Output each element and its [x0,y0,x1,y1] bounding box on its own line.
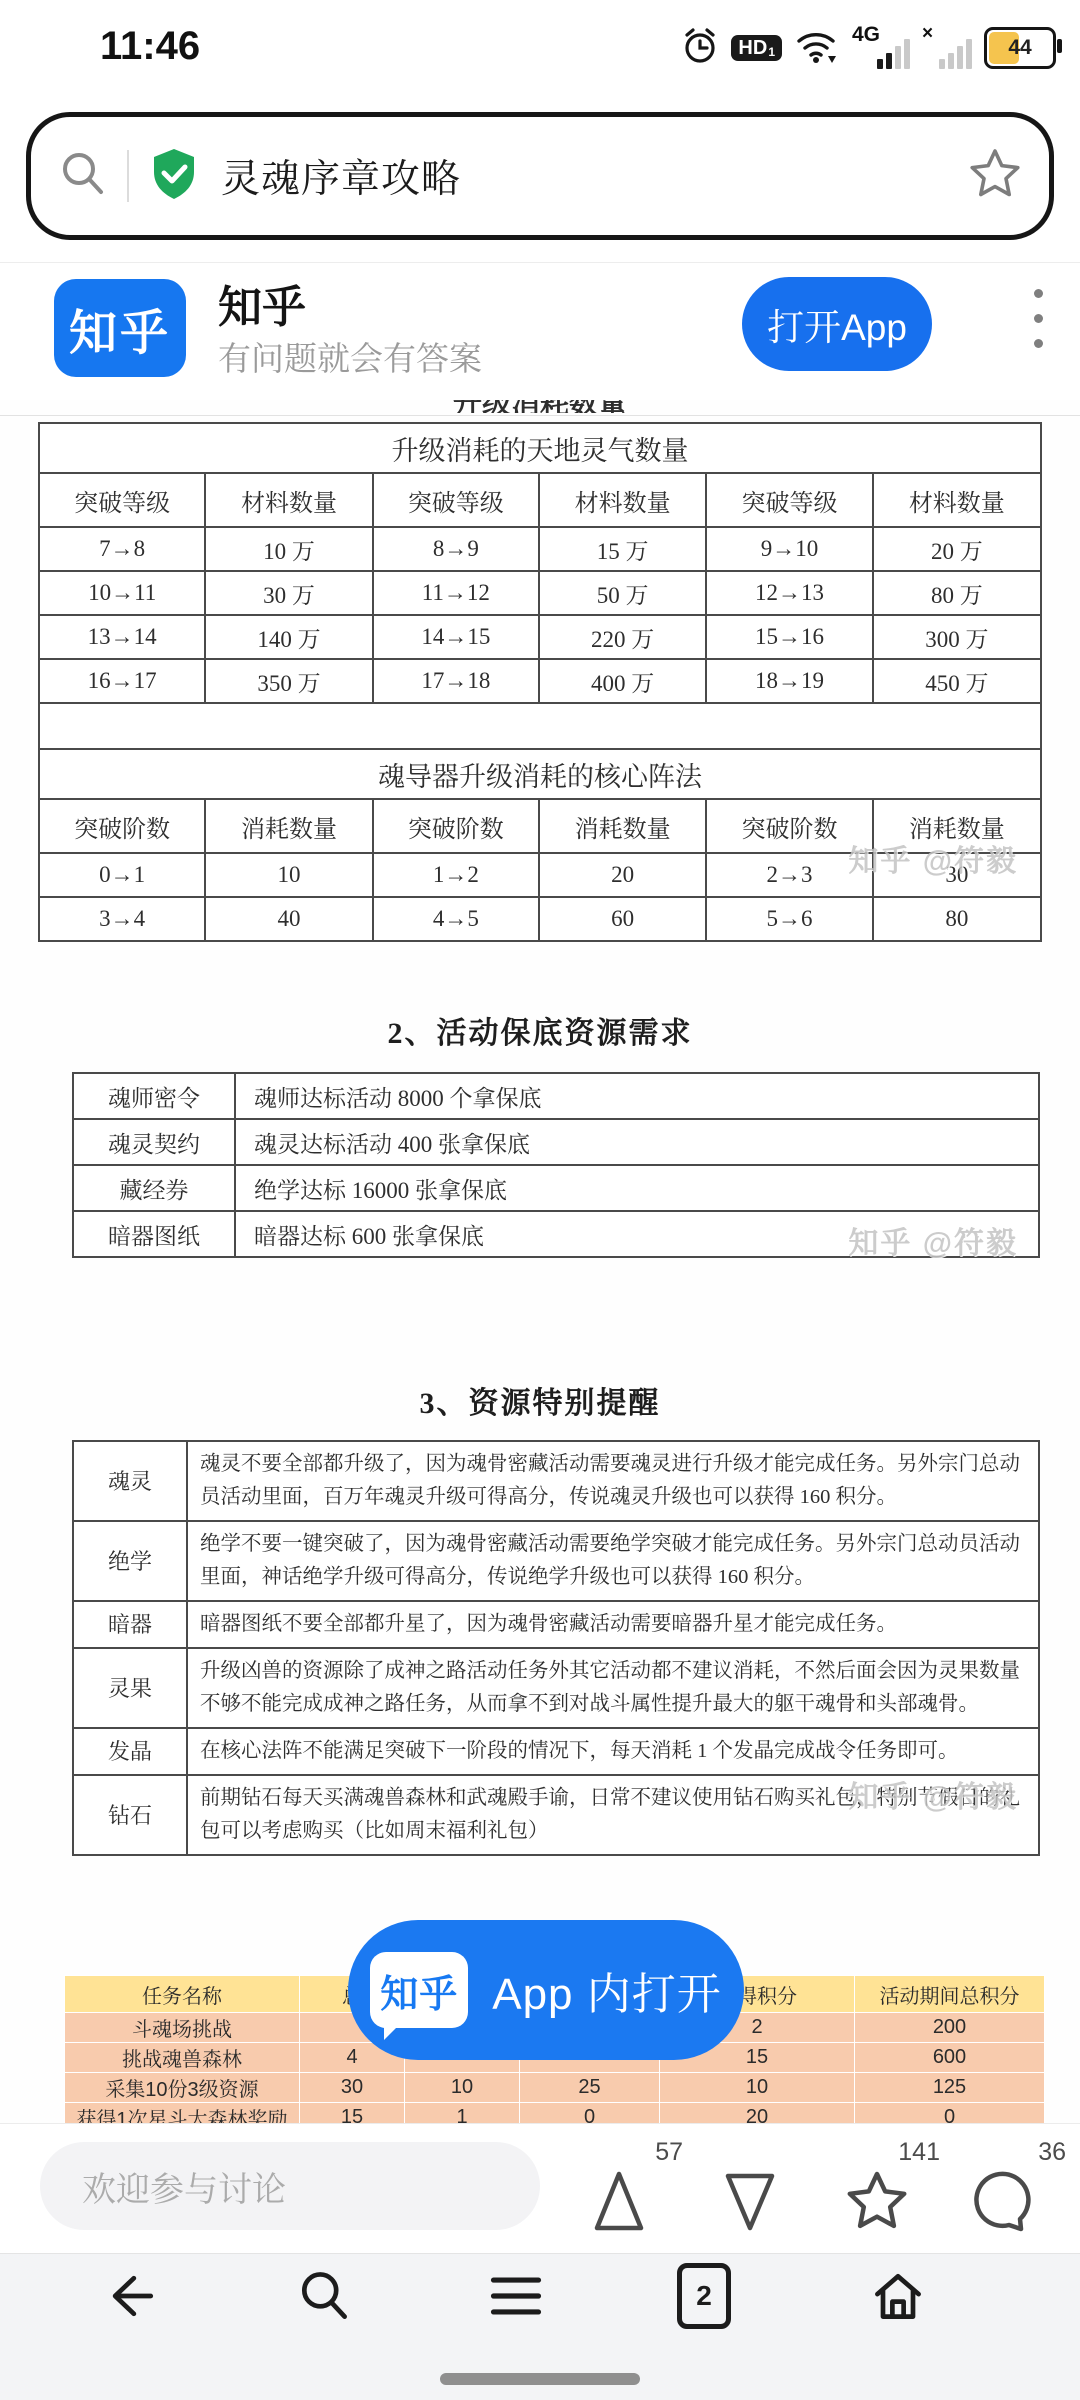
comment-button[interactable]: 36 [968,2138,1064,2242]
table-cell: 15→16 [706,615,872,659]
table-cell: 魂师密令 [73,1073,235,1119]
table-cell: 11→12 [373,571,539,615]
table-cell: 4→5 [373,897,539,941]
open-app-button[interactable]: 打开App [742,277,932,371]
volte-hd-icon: HD1 [731,35,782,61]
table-header-cell: 突破阶数 [373,799,539,853]
table-cell: 450 万 [873,659,1041,703]
table-header-cell: 消耗数量 [205,799,372,853]
table-cell: 钻石 [73,1775,187,1855]
sim1-4g-signal-icon: 4G [852,25,910,71]
table-cell: 魂师达标活动 8000 个拿保底 [235,1073,1039,1119]
table-cell: 400 万 [539,659,706,703]
table-cell: 魂灵达标活动 400 张拿保底 [235,1119,1039,1165]
divider [127,150,129,202]
table-header-cell: 突破等级 [706,473,872,527]
comment-input[interactable]: 欢迎参与讨论 [40,2142,540,2230]
table-cell: 0→1 [39,853,205,897]
table-cell: 暗器图纸不要全部都升星了，因为魂骨密藏活动需要暗器升星才能完成任务。 [187,1601,1039,1648]
table-header-cell: 突破阶数 [39,799,205,853]
table-cell: 采集10份3级资源 [65,2073,300,2103]
search-query[interactable]: 灵魂序章攻略 [221,148,461,204]
status-bar: 11:46 HD1 4G × 44 [0,0,1080,86]
table-cell: 16→17 [39,659,205,703]
table-row: 10→1130 万11→1250 万12→1380 万 [39,571,1041,615]
table-title: 升级消耗的天地灵气数量 [39,423,1041,473]
open-in-app-float-button[interactable]: 知乎 App 内打开 [348,1920,744,2060]
table-cell: 藏经券 [73,1165,235,1211]
comment-action-bar: 欢迎参与讨论 57 141 36 [0,2123,1080,2254]
section3-title: 3、资源特别提醒 [0,1378,1080,1422]
table-cell: 7→8 [39,527,205,571]
table-cell: 3→4 [39,897,205,941]
table-cell: 15 万 [539,527,706,571]
favorite-button[interactable]: 141 [842,2138,938,2242]
table-row: 3→4404→5605→680 [39,897,1041,941]
search-nav-button[interactable] [292,2264,356,2328]
table-cell: 9→10 [706,527,872,571]
table-cell: 1→2 [373,853,539,897]
table-cell: 绝学达标 16000 张拿保底 [235,1165,1039,1211]
table-row: 暗器暗器图纸不要全部都升星了，因为魂骨密藏活动需要暗器升星才能完成任务。 [73,1601,1039,1648]
tabs-button[interactable]: 2 [672,2264,736,2328]
zhihu-logo: 知乎 [54,279,186,377]
table-cell: 200 [855,2013,1045,2043]
table-header-cell: 突破等级 [373,473,539,527]
table-cell: 魂灵不要全部都升级了，因为魂骨密藏活动需要魂灵进行升级才能完成任务。另外宗门总动… [187,1441,1039,1521]
gesture-bar[interactable] [440,2373,640,2385]
search-icon [294,2266,354,2326]
table-cell: 5→6 [706,897,872,941]
menu-icon [486,2266,546,2326]
upvote-button[interactable]: 57 [585,2138,681,2242]
table-row: 灵果升级凶兽的资源除了成神之路活动任务外其它活动都不建议消耗，不然后面会因为灵果… [73,1648,1039,1728]
table-cell: 暗器图纸 [73,1211,235,1257]
upvote-count: 57 [655,2138,683,2167]
table-header-cell: 突破等级 [39,473,205,527]
table-cell: 12→13 [706,571,872,615]
upvote-icon [585,2166,653,2236]
watermark: 知乎 @符毅 [848,1218,1018,1262]
table-cell: 斗魂场挑战 [65,2013,300,2043]
table-cell: 10→11 [39,571,205,615]
table-cell: 40 [205,897,372,941]
table-header-cell: 任务名称 [65,1976,300,2013]
table-cell: 魂灵 [73,1441,187,1521]
favorite-count: 141 [898,2138,940,2167]
table-cell: 暗器 [73,1601,187,1648]
table-cell: 8→9 [373,527,539,571]
table-header-cell: 活动期间总积分 [855,1976,1045,2013]
table-cell: 绝学不要一键突破了，因为魂骨密藏活动需要绝学突破才能完成任务。另外宗门总动员活动… [187,1521,1039,1601]
table-cell: 300 万 [873,615,1041,659]
table-cell: 绝学 [73,1521,187,1601]
tab-count-box: 2 [677,2263,731,2329]
table-row: 13→14140 万14→15220 万15→16300 万 [39,615,1041,659]
table-cell: 挑战魂兽森林 [65,2043,300,2073]
phone-screen: 11:46 HD1 4G × 44 [0,0,1080,2400]
table-header-cell: 消耗数量 [539,799,706,853]
table-cell: 10 [405,2073,520,2103]
table-header-row: 突破等级材料数量突破等级材料数量突破等级材料数量 [39,473,1041,527]
table-cell: 30 [300,2073,405,2103]
downvote-button[interactable] [716,2138,786,2242]
downvote-icon [716,2166,784,2236]
comment-bubble-icon [968,2166,1036,2236]
zhihu-app-banner: 知乎 知乎 有问题就会有答案 打开App [0,262,1080,401]
back-button[interactable] [100,2264,164,2328]
divider [0,415,1080,416]
watermark: 知乎 @符毅 [848,836,1018,880]
table-cell: 20 万 [873,527,1041,571]
table-cell: 20 [539,853,706,897]
wifi-icon [794,26,840,71]
browser-search-bar[interactable]: 灵魂序章攻略 [26,112,1054,240]
clipped-heading: 升级消耗数量 [0,400,1080,413]
star-icon [842,2166,912,2236]
table-title-row: 魂导器升级消耗的核心阵法 [39,749,1041,799]
article-content: 升级消耗数量 升级消耗的天地灵气数量突破等级材料数量突破等级材料数量突破等级材料… [0,400,1080,2123]
table-cell: 80 万 [873,571,1041,615]
clock: 11:46 [100,24,200,69]
table-cell: 50 万 [539,571,706,615]
table-title-row: 升级消耗的天地灵气数量 [39,423,1041,473]
table-cell: 140 万 [205,615,372,659]
home-button[interactable] [866,2264,930,2328]
home-icon [868,2266,928,2326]
table-row: 魂灵契约魂灵达标活动 400 张拿保底 [73,1119,1039,1165]
table-cell: 灵果 [73,1648,187,1728]
table-header-cell: 材料数量 [539,473,706,527]
bookmark-star-icon[interactable] [967,146,1023,207]
browser-bottom-nav: 2 [0,2253,1080,2400]
comment-count: 36 [1038,2138,1066,2167]
banner-title: 知乎 [218,271,306,335]
zhihu-bubble-logo: 知乎 [370,1952,468,2028]
table-row: 绝学绝学不要一键突破了，因为魂骨密藏活动需要绝学突破才能完成任务。另外宗门总动员… [73,1521,1039,1601]
table-cell: 10 [205,853,372,897]
sim2-no-signal-icon: × [922,25,972,71]
table-cell: 600 [855,2043,1045,2073]
table-cell: 10 万 [205,527,372,571]
table-cell: 14→15 [373,615,539,659]
table-row: 16→17350 万17→18400 万18→19450 万 [39,659,1041,703]
table-header-cell: 材料数量 [205,473,372,527]
table-header-cell: 材料数量 [873,473,1041,527]
banner-subtitle: 有问题就会有答案 [218,333,482,380]
alarm-icon [681,26,719,71]
watermark: 知乎 @符毅 [848,1772,1018,1816]
table-cell: 25 [520,2073,660,2103]
table-cell: 魂灵契约 [73,1119,235,1165]
table-cell: 发晶 [73,1728,187,1775]
table-cell [39,703,1041,749]
back-arrow-icon [102,2266,162,2326]
search-icon [57,148,109,205]
table-title: 魂导器升级消耗的核心阵法 [39,749,1041,799]
table-row: 魂灵魂灵不要全部都升级了，因为魂骨密藏活动需要魂灵进行升级才能完成任务。另外宗门… [73,1441,1039,1521]
section2-title: 2、活动保底资源需求 [0,1008,1080,1052]
tab-count: 2 [696,2280,712,2312]
table-cell: 升级凶兽的资源除了成神之路活动任务外其它活动都不建议消耗，不然后面会因为灵果数量… [187,1648,1039,1728]
table-row: 藏经券绝学达标 16000 张拿保底 [73,1165,1039,1211]
table-cell: 13→14 [39,615,205,659]
table-cell: 18→19 [706,659,872,703]
table-cell: 在核心法阵不能满足突破下一阶段的情况下，每天消耗 1 个发晶完成战令任务即可。 [187,1728,1039,1775]
battery-icon: 44 [984,27,1056,69]
status-icons: HD1 4G × 44 [681,26,1056,70]
table-cell: 10 [660,2073,855,2103]
table-cell: 30 万 [205,571,372,615]
table-cell: 350 万 [205,659,372,703]
table-cell: 17→18 [373,659,539,703]
table-row: 7→810 万8→915 万9→1020 万 [39,527,1041,571]
table-row: 魂师密令魂师达标活动 8000 个拿保底 [73,1073,1039,1119]
table-cell: 60 [539,897,706,941]
safety-shield-icon[interactable] [147,146,201,207]
menu-button[interactable] [484,2264,548,2328]
more-options-icon[interactable] [1034,289,1043,348]
table-row: 采集10份3级资源30102510125 [65,2073,1045,2103]
table-row: 发晶在核心法阵不能满足突破下一阶段的情况下，每天消耗 1 个发晶完成战令任务即可… [73,1728,1039,1775]
spacer-row [39,703,1041,749]
open-in-app-label: App 内打开 [492,1958,722,2022]
table-cell: 80 [873,897,1041,941]
table-cell: 220 万 [539,615,706,659]
table-cell: 125 [855,2073,1045,2103]
